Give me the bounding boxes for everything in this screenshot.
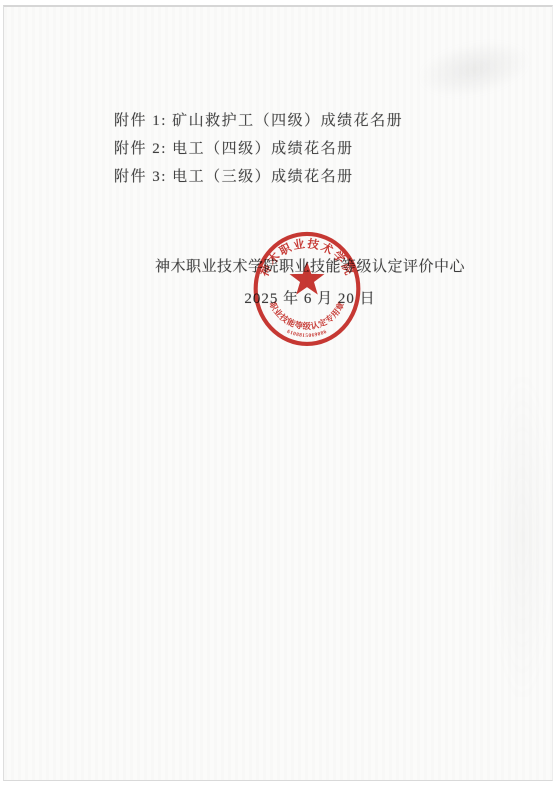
document-page: 附件 1: 矿山救护工（四级）成绩花名册 附件 2: 电工（四级）成绩花名册 附… xyxy=(3,5,553,781)
official-seal-stamp: 神木职业技术学院 职业技能等级认定专用章 6108815069086 xyxy=(252,230,362,346)
scan-smudge-top-right xyxy=(413,33,536,106)
star-icon xyxy=(290,261,325,294)
attachment-line-2: 附件 2: 电工（四级）成绩花名册 xyxy=(114,135,403,163)
attachment-line-3: 附件 3: 电工（三级）成绩花名册 xyxy=(114,163,403,191)
scan-smudge-right xyxy=(492,377,552,697)
scanned-document: 附件 1: 矿山救护工（四级）成绩花名册 附件 2: 电工（四级）成绩花名册 附… xyxy=(0,0,554,790)
attachment-line-1: 附件 1: 矿山救护工（四级）成绩花名册 xyxy=(114,107,403,135)
attachment-list: 附件 1: 矿山救护工（四级）成绩花名册 附件 2: 电工（四级）成绩花名册 附… xyxy=(114,107,403,191)
seal-bottom-arc-text-wrap: 职业技能等级认定专用章 xyxy=(267,300,346,331)
seal-bottom-arc-text: 职业技能等级认定专用章 xyxy=(267,300,346,331)
